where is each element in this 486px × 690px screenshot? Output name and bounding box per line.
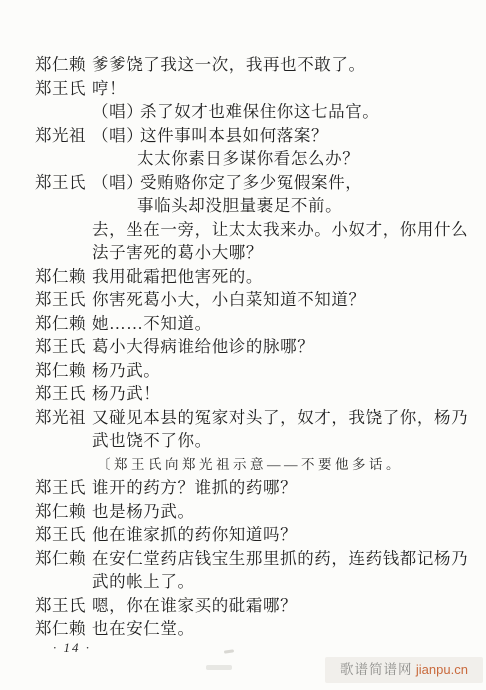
script-line: 郑王氏 杨乃武！	[0, 382, 486, 406]
dialogue-text: 杨乃武！	[92, 382, 160, 406]
sung-lyric-text: 太太你素日多谋你看怎么办？	[137, 147, 359, 171]
script-line: 郑王氏 葛小大得病谁给他诊的脉哪？	[0, 335, 486, 359]
speaker-name: 郑仁赖	[35, 547, 86, 571]
script-line: 郑仁赖 我用砒霜把他害死的。	[0, 265, 486, 289]
sung-marker: （唱）	[92, 171, 143, 195]
dialogue-text: 也是杨乃武。	[92, 500, 195, 524]
sung-lyric-text: 这件事叫本县如何落案？	[140, 124, 328, 148]
speaker-name: 郑王氏	[35, 594, 86, 618]
script-line: 郑仁赖 爹爹饶了我这一次，我再也不敢了。	[0, 53, 486, 77]
script-line: 事临头却没胆量裹足不前。	[0, 194, 486, 218]
dialogue-text: 在安仁堂药店钱宝生那里抓的药，连药钱都记杨乃	[92, 547, 468, 571]
dialogue-text: 爹爹饶了我这一次，我再也不敢了。	[92, 53, 366, 77]
speaker-name: 郑光祖	[35, 124, 86, 148]
dialogue-text: 我用砒霜把他害死的。	[92, 265, 263, 289]
dialogue-text: 她……不知道。	[92, 312, 212, 336]
script-line: 太太你素日多谋你看怎么办？	[0, 147, 486, 171]
sung-lyric-text: 事临头却没胆量裹足不前。	[137, 194, 342, 218]
speaker-name: 郑光祖	[35, 406, 86, 430]
dialogue-text: 武也饶不了你。	[92, 429, 212, 453]
speaker-name: 郑王氏	[35, 476, 86, 500]
script-text-block: 郑仁赖 爹爹饶了我这一次，我再也不敢了。 郑王氏 哼！ （唱） 杀了奴才也难保住…	[0, 53, 486, 641]
script-line: 郑光祖 又碰见本县的冤家对头了，奴才，我饶了你，杨乃	[0, 406, 486, 430]
script-line: 武的帐上了。	[0, 570, 486, 594]
sung-marker: （唱）	[92, 124, 143, 148]
speaker-name: 郑王氏	[35, 171, 86, 195]
speaker-name: 郑仁赖	[35, 617, 86, 641]
script-line: 郑王氏 谁开的药方？谁抓的药哪？	[0, 476, 486, 500]
speaker-name: 郑王氏	[35, 523, 86, 547]
speaker-name: 郑仁赖	[35, 500, 86, 524]
script-line: 郑仁赖 杨乃武。	[0, 359, 486, 383]
dialogue-text: 葛小大得病谁给他诊的脉哪？	[92, 335, 314, 359]
dialogue-text: 他在谁家抓的药你知道吗？	[92, 523, 297, 547]
script-line: 武也饶不了你。	[0, 429, 486, 453]
script-line: 郑王氏 （唱） 受贿赂你定了多少冤假案件，	[0, 171, 486, 195]
script-line: （唱） 杀了奴才也难保住你这七品官。	[0, 100, 486, 124]
scan-artifact	[224, 649, 234, 653]
script-line: 郑王氏 他在谁家抓的药你知道吗？	[0, 523, 486, 547]
dialogue-text: 又碰见本县的冤家对头了，奴才，我饶了你，杨乃	[92, 406, 468, 430]
speaker-name: 郑仁赖	[35, 265, 86, 289]
watermark-site-name: 歌谱简谱网	[340, 662, 413, 677]
sung-lyric-text: 杀了奴才也难保住你这七品官。	[140, 100, 379, 124]
dialogue-text: 嗯，你在谁家买的砒霜哪？	[92, 594, 297, 618]
speaker-name: 郑王氏	[35, 77, 86, 101]
script-line: 郑王氏 嗯，你在谁家买的砒霜哪？	[0, 594, 486, 618]
watermark-domain: jianpu.cn	[416, 662, 468, 677]
scan-artifact	[206, 665, 232, 670]
speaker-name: 郑仁赖	[35, 53, 86, 77]
script-line: 郑王氏 你害死葛小大，小白菜知道不知道？	[0, 288, 486, 312]
dialogue-text: 你害死葛小大，小白菜知道不知道？	[92, 288, 366, 312]
dialogue-text: 谁开的药方？谁抓的药哪？	[92, 476, 297, 500]
speaker-name: 郑仁赖	[35, 359, 86, 383]
script-line: 郑仁赖 她……不知道。	[0, 312, 486, 336]
dialogue-text: 法子害死的葛小大哪？	[92, 241, 263, 265]
dialogue-text: 去，坐在一旁，让太太我来办。小奴才，你用什么	[92, 218, 468, 242]
dialogue-text: 武的帐上了。	[92, 570, 195, 594]
script-line: 郑仁赖 在安仁堂药店钱宝生那里抓的药，连药钱都记杨乃	[0, 547, 486, 571]
speaker-name: 郑王氏	[35, 288, 86, 312]
dialogue-text: 杨乃武。	[92, 359, 160, 383]
speaker-name: 郑王氏	[35, 382, 86, 406]
script-line: 郑光祖 （唱） 这件事叫本县如何落案？	[0, 124, 486, 148]
speaker-name: 郑王氏	[35, 335, 86, 359]
dialogue-text: 哼！	[92, 77, 126, 101]
script-line: 郑仁赖 也是杨乃武。	[0, 500, 486, 524]
dialogue-text: 也在安仁堂。	[92, 617, 195, 641]
script-line: 〔郑王氏向郑光祖示意——不要他多话。	[0, 453, 486, 477]
speaker-name: 郑仁赖	[35, 312, 86, 336]
script-line: 郑仁赖 也在安仁堂。	[0, 617, 486, 641]
script-line: 去，坐在一旁，让太太我来办。小奴才，你用什么	[0, 218, 486, 242]
watermark: 歌谱简谱网 jianpu.cn	[325, 657, 483, 683]
script-line: 郑王氏 哼！	[0, 77, 486, 101]
stage-direction-text: 〔郑王氏向郑光祖示意——不要他多话。	[97, 453, 403, 477]
page-number: · 14 ·	[53, 640, 91, 656]
sung-marker: （唱）	[92, 100, 143, 124]
script-line: 法子害死的葛小大哪？	[0, 241, 486, 265]
scanned-script-page: 郑仁赖 爹爹饶了我这一次，我再也不敢了。 郑王氏 哼！ （唱） 杀了奴才也难保住…	[0, 0, 486, 690]
sung-lyric-text: 受贿赂你定了多少冤假案件，	[140, 171, 362, 195]
